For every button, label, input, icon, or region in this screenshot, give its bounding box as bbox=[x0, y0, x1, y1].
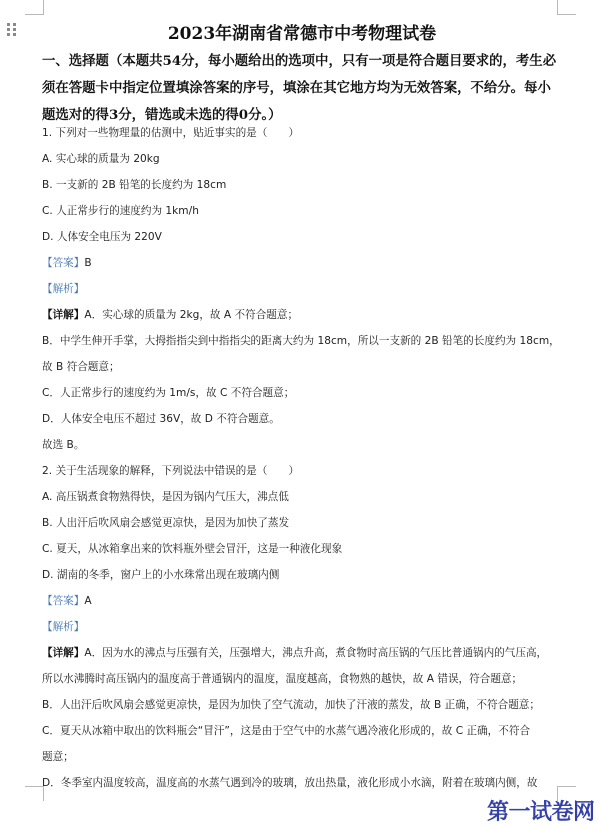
question-2-detail-4: C．夏天从冰箱中取出的饮料瓶会“冒汗”，这是由于空气中的水蒸气遇冷液化形成的，故… bbox=[42, 723, 530, 738]
question-2-stem: 2. 关于生活现象的解释，下列说法中错误的是（ ） bbox=[42, 463, 299, 478]
question-1-option-c: C. 人正常步行的速度约为 1km/h bbox=[42, 203, 199, 218]
question-2-detail-3: B．人出汗后吹风扇会感觉更凉快，是因为加快了空气流动，加快了汗液的蒸发，故 B … bbox=[42, 697, 540, 712]
question-1-analysis-label: 【解析】 bbox=[42, 281, 84, 296]
watermark-logo: 第一试卷网 bbox=[487, 795, 595, 826]
question-1-detail-2: B．中学生伸开手掌，大拇指指尖到中指指尖的距离大约为 18cm，所以一支新的 2… bbox=[42, 333, 560, 348]
question-1-detail-5: D．人体安全电压不超过 36V，故 D 不符合题意。 bbox=[42, 411, 280, 426]
question-1-option-a: A. 实心球的质量为 20kg bbox=[42, 151, 160, 166]
question-1-answer: 【答案】B bbox=[42, 255, 92, 270]
question-1-conclusion: 故选 B。 bbox=[42, 437, 84, 452]
answer-value: B bbox=[84, 257, 91, 269]
question-2-analysis-label: 【解析】 bbox=[42, 619, 84, 634]
question-1-option-d: D. 人体安全电压为 220V bbox=[42, 229, 162, 244]
drag-handle-icon[interactable] bbox=[7, 23, 17, 37]
question-2-answer: 【答案】A bbox=[42, 593, 92, 608]
detail-label: 【详解】 bbox=[42, 647, 84, 659]
question-2-option-c: C. 夏天，从冰箱拿出来的饮料瓶外壁会冒汗，这是一种液化现象 bbox=[42, 541, 342, 556]
section-header: 一、选择题（本题共54分，每小题给出的选项中，只有一项是符合题目要求的，考生必须… bbox=[42, 48, 562, 129]
question-1-detail-1: 【详解】A．实心球的质量为 2kg，故 A 不符合题意； bbox=[42, 307, 298, 322]
question-2-option-a: A. 高压锅煮食物熟得快，是因为锅内气压大，沸点低 bbox=[42, 489, 289, 504]
page-title: 2023年湖南省常德市中考物理试卷 bbox=[42, 19, 562, 44]
question-1-detail-3: 故 B 符合题意； bbox=[42, 359, 120, 374]
page-corner-mark-top-left bbox=[25, 0, 44, 15]
page-corner-mark-top-right bbox=[557, 0, 576, 15]
question-2-detail-5: 题意； bbox=[42, 749, 74, 764]
detail-label: 【详解】 bbox=[42, 309, 84, 321]
question-1-option-b: B. 一支新的 2B 铅笔的长度约为 18cm bbox=[42, 177, 226, 192]
question-2-detail-2: 所以水沸腾时高压锅内的温度高于普通锅内的温度，温度越高，食物熟的越快，故 A 错… bbox=[42, 671, 522, 686]
answer-value: A bbox=[84, 595, 91, 607]
question-2-option-b: B. 人出汗后吹风扇会感觉更凉快，是因为加快了蒸发 bbox=[42, 515, 289, 530]
answer-label: 【答案】 bbox=[42, 257, 84, 269]
question-2-option-d: D. 湖南的冬季，窗户上的小水珠常出现在玻璃内侧 bbox=[42, 567, 279, 582]
answer-label: 【答案】 bbox=[42, 595, 84, 607]
question-2-detail-1: 【详解】A．因为水的沸点与压强有关，压强增大，沸点升高，煮食物时高压锅的气压比普… bbox=[42, 645, 547, 660]
question-2-detail-6: D．冬季室内温度较高，温度高的水蒸气遇到冷的玻璃，放出热量，液化形成小水滴，附着… bbox=[42, 775, 537, 790]
question-1-detail-4: C．人正常步行的速度约为 1m/s，故 C 不符合题意； bbox=[42, 385, 294, 400]
question-1-stem: 1. 下列对一些物理量的估测中，贴近事实的是（ ） bbox=[42, 125, 299, 140]
